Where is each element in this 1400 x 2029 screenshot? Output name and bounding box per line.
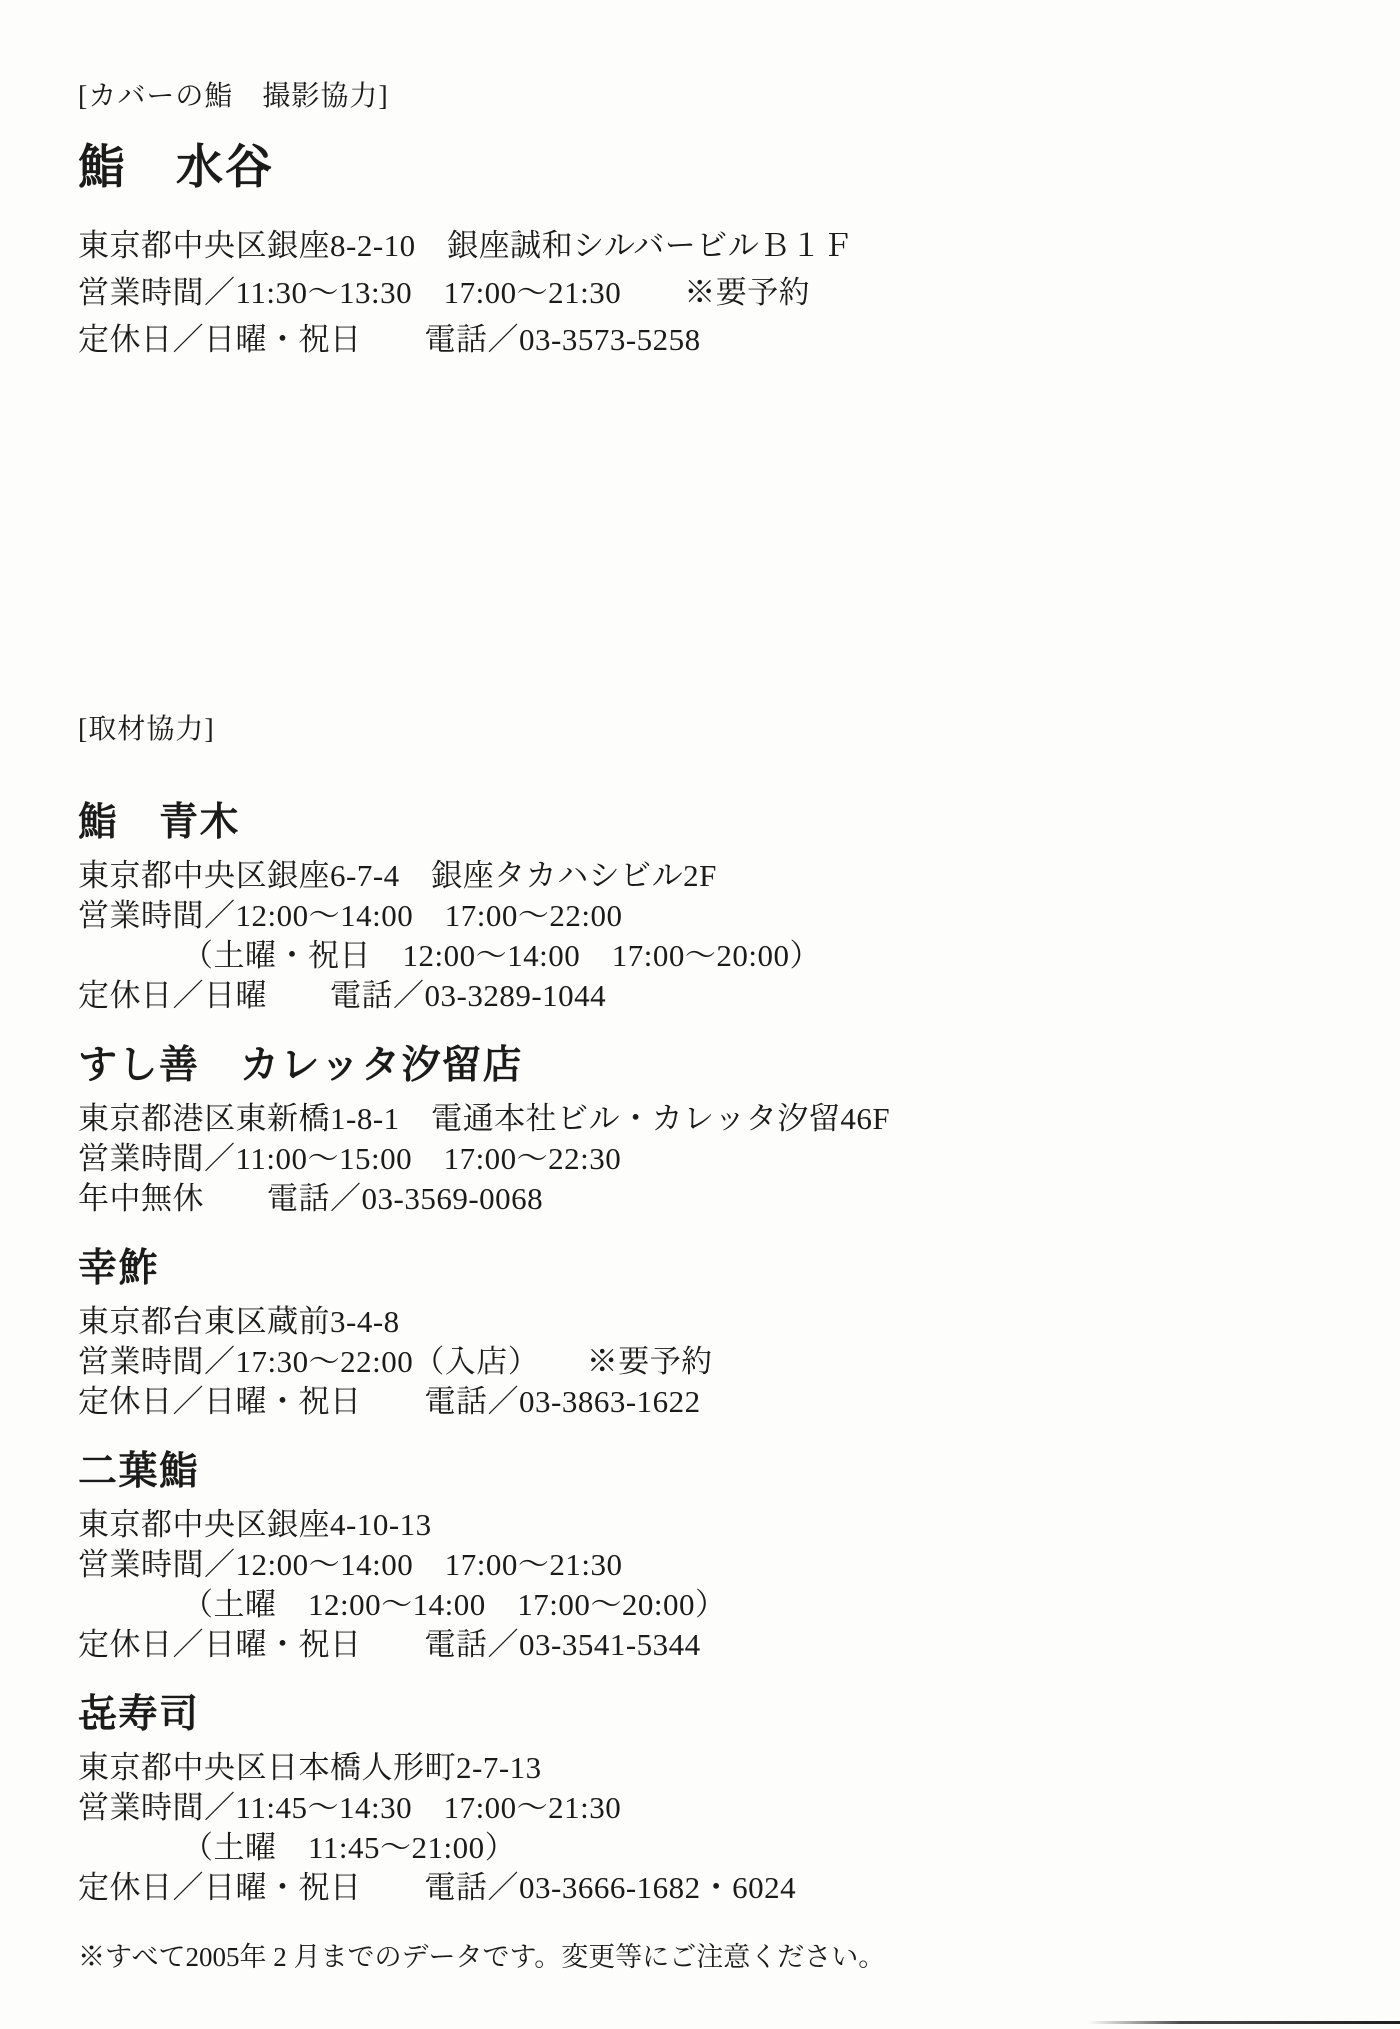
restaurant-name: 㐂寿司: [78, 1691, 1330, 1738]
page-scan-edge-line: [1088, 2021, 1400, 2024]
restaurant-hours: 営業時間／11:00～15:00 17:00～22:30: [78, 1139, 1330, 1179]
restaurant-closed-phone: 定休日／日曜 電話／03-3289-1044: [78, 976, 1330, 1016]
restaurant-hours-note: （土曜 12:00～14:00 17:00～20:00）: [78, 1585, 1330, 1625]
restaurant-closed-phone: 定休日／日曜・祝日 電話／03-3863-1622: [78, 1382, 1330, 1422]
restaurant-hours: 営業時間／12:00～14:00 17:00～22:00: [78, 896, 1330, 936]
restaurant-closed-phone: 定休日／日曜・祝日 電話／03-3541-5344: [78, 1625, 1330, 1665]
cover-restaurant-entry: 鮨 水谷 東京都中央区銀座8-2-10 銀座誠和シルバービルＢ１Ｆ 営業時間／1…: [78, 140, 1330, 363]
restaurant-entry: 二葉鮨 東京都中央区銀座4-10-13 営業時間／12:00～14:00 17:…: [78, 1448, 1330, 1665]
restaurant-name: 二葉鮨: [78, 1448, 1330, 1495]
restaurant-address: 東京都港区東新橋1-8-1 電通本社ビル・カレッタ汐留46F: [78, 1099, 1330, 1139]
restaurant-hours: 営業時間／12:00～14:00 17:00～21:30: [78, 1545, 1330, 1585]
restaurant-hours: 営業時間／17:30～22:00（入店） ※要予約: [78, 1342, 1330, 1382]
credits-page: [カバーの鮨 撮影協力] 鮨 水谷 東京都中央区銀座8-2-10 銀座誠和シルバ…: [0, 0, 1400, 2029]
restaurant-closed-phone: 定休日／日曜・祝日 電話／03-3573-5258: [78, 316, 1330, 363]
restaurant-hours-note: （土曜・祝日 12:00～14:00 17:00～20:00）: [78, 936, 1330, 976]
restaurant-address: 東京都中央区日本橋人形町2-7-13: [78, 1748, 1330, 1788]
restaurant-hours: 営業時間／11:45～14:30 17:00～21:30: [78, 1788, 1330, 1828]
restaurant-hours: 営業時間／11:30～13:30 17:00～21:30 ※要予約: [78, 269, 1330, 316]
restaurant-hours-note: （土曜 11:45～21:00）: [78, 1828, 1330, 1868]
restaurant-entry: 㐂寿司 東京都中央区日本橋人形町2-7-13 営業時間／11:45～14:30 …: [78, 1691, 1330, 1908]
restaurant-closed-phone: 年中無休 電話／03-3569-0068: [78, 1179, 1330, 1219]
restaurant-address: 東京都中央区銀座8-2-10 銀座誠和シルバービルＢ１Ｆ: [78, 222, 1330, 269]
restaurant-entry: 幸鮓 東京都台東区蔵前3-4-8 営業時間／17:30～22:00（入店） ※要…: [78, 1245, 1330, 1422]
restaurant-name: 幸鮓: [78, 1245, 1330, 1292]
restaurant-name: 鮨 水谷: [78, 140, 1330, 196]
restaurant-list: 鮨 青木 東京都中央区銀座6-7-4 銀座タカハシビル2F 営業時間／12:00…: [78, 799, 1330, 1908]
restaurant-entry: 鮨 青木 東京都中央区銀座6-7-4 銀座タカハシビル2F 営業時間／12:00…: [78, 799, 1330, 1016]
interview-credit-section-label: [取材協力]: [78, 713, 1330, 747]
data-currency-disclaimer: ※すべて2005年 2 月までのデータです。変更等にご注意ください。: [78, 1940, 1330, 1974]
restaurant-name: すし善 カレッタ汐留店: [78, 1042, 1330, 1089]
restaurant-name: 鮨 青木: [78, 799, 1330, 846]
restaurant-address: 東京都中央区銀座6-7-4 銀座タカハシビル2F: [78, 856, 1330, 896]
restaurant-address: 東京都中央区銀座4-10-13: [78, 1505, 1330, 1545]
restaurant-closed-phone: 定休日／日曜・祝日 電話／03-3666-1682・6024: [78, 1868, 1330, 1908]
restaurant-address: 東京都台東区蔵前3-4-8: [78, 1302, 1330, 1342]
restaurant-entry: すし善 カレッタ汐留店 東京都港区東新橋1-8-1 電通本社ビル・カレッタ汐留4…: [78, 1042, 1330, 1219]
cover-credit-section-label: [カバーの鮨 撮影協力]: [78, 80, 1330, 114]
